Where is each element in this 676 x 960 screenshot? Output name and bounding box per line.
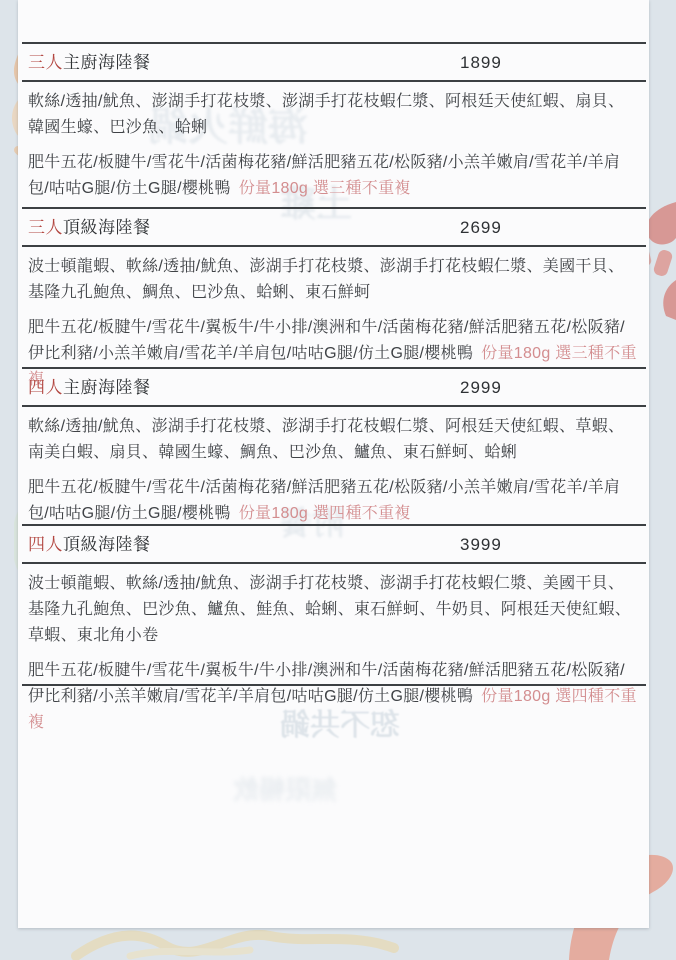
section-body: 軟絲/透抽/魷魚、澎湖手打花枝漿、澎湖手打花枝蝦仁漿、阿根廷天使紅蝦、扇貝、韓國… [22,82,646,202]
section-title-name: 頂級海陸餐 [63,218,151,237]
menu-section-4p-chef: 四人主廚海陸餐 2999 軟絲/透抽/魷魚、澎湖手打花枝漿、澎湖手打花枝蝦仁漿、… [22,367,646,536]
meat-list: 肥牛五花/板腱牛/雪花牛/翼板牛/牛小排/澳洲和牛/活菌梅花豬/鮮活肥豬五花/松… [28,658,640,736]
portion-note: 份量180g 選三種不重複 [239,180,411,197]
section-price: 2699 [460,216,502,239]
seafood-list: 波士頓龍蝦、軟絲/透抽/魷魚、澎湖手打花枝漿、澎湖手打花枝蝦仁漿、美國干貝、基隆… [28,254,640,306]
meat-list: 肥牛五花/板腱牛/雪花牛/活菌梅花豬/鮮活肥豬五花/松阪豬/小羔羊嫩肩/雪花羊/… [28,150,640,202]
section-title: 四人主廚海陸餐 [28,376,640,399]
bleed-through-text: 無限暢飲 [233,770,337,807]
section-header: 三人頂級海陸餐 2699 [22,209,646,247]
meat-list: 肥牛五花/板腱牛/雪花牛/活菌梅花豬/鮮活肥豬五花/松阪豬/小羔羊嫩肩/雪花羊/… [28,475,640,527]
seafood-list: 波士頓龍蝦、軟絲/透抽/魷魚、澎湖手打花枝漿、澎湖手打花枝蝦仁漿、美國干貝、基隆… [28,571,640,649]
section-title-name: 頂級海陸餐 [63,535,151,554]
section-title-prefix: 三人 [28,218,63,237]
section-title-name: 主廚海陸餐 [63,378,151,397]
section-title: 四人頂級海陸餐 [28,533,640,556]
section-header: 四人頂級海陸餐 3999 [22,526,646,564]
seafood-list: 軟絲/透抽/魷魚、澎湖手打花枝漿、澎湖手打花枝蝦仁漿、阿根廷天使紅蝦、扇貝、韓國… [28,89,640,141]
menu-section-3p-chef: 三人主廚海陸餐 1899 軟絲/透抽/魷魚、澎湖手打花枝漿、澎湖手打花枝蝦仁漿、… [22,42,646,211]
section-header: 三人主廚海陸餐 1899 [22,44,646,82]
section-body: 軟絲/透抽/魷魚、澎湖手打花枝漿、澎湖手打花枝蝦仁漿、阿根廷天使紅蝦、草蝦、南美… [22,407,646,527]
section-body: 波士頓龍蝦、軟絲/透抽/魷魚、澎湖手打花枝漿、澎湖手打花枝蝦仁漿、美國干貝、基隆… [22,564,646,736]
section-title: 三人主廚海陸餐 [28,51,640,74]
section-price: 1899 [460,51,502,74]
menu-section-4p-premium: 四人頂級海陸餐 3999 波士頓龍蝦、軟絲/透抽/魷魚、澎湖手打花枝漿、澎湖手打… [22,524,646,745]
section-price: 2999 [460,376,502,399]
section-title-name: 主廚海陸餐 [63,53,151,72]
seafood-list: 軟絲/透抽/魷魚、澎湖手打花枝漿、澎湖手打花枝蝦仁漿、阿根廷天使紅蝦、草蝦、南美… [28,414,640,466]
section-title: 三人頂級海陸餐 [28,216,640,239]
portion-note: 份量180g 選四種不重複 [239,505,411,522]
section-title-prefix: 三人 [28,53,63,72]
section-header: 四人主廚海陸餐 2999 [22,369,646,407]
menu-bottom-rule [22,684,646,686]
section-price: 3999 [460,533,502,556]
section-title-prefix: 四人 [28,378,63,397]
menu-paper: 海鮮火鍋 土雞 附餐 恕不共鍋 無限暢飲 三人主廚海陸餐 1899 軟絲/透抽/… [18,0,649,928]
section-title-prefix: 四人 [28,535,63,554]
